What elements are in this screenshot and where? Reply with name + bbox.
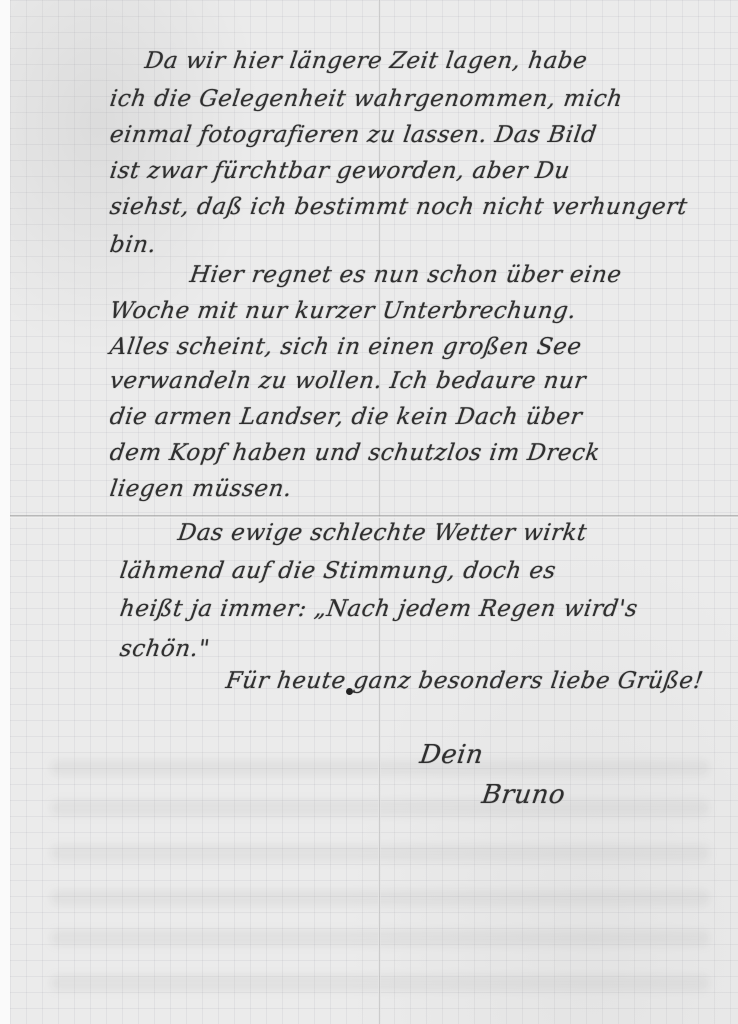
signature: Bruno	[480, 780, 567, 810]
letter-line: ich die Gelegenheit wahrgenommen, mich	[108, 86, 624, 112]
scan-margin	[0, 0, 10, 1024]
letter-line: die armen Landser, die kein Dach über	[108, 404, 584, 430]
letter-line: Da wir hier längere Zeit lagen, habe	[143, 48, 589, 74]
letter-line: Hier regnet es nun schon über eine	[188, 262, 623, 288]
letter-page: Da wir hier längere Zeit lagen, habe ich…	[10, 0, 738, 1024]
letter-line: schön."	[118, 636, 211, 662]
closing: Dein	[418, 740, 486, 770]
letter-line: einmal fotografieren zu lassen. Das Bild	[108, 122, 598, 148]
letter-line: Das ewige schlechte Wetter wirkt	[176, 520, 589, 546]
letter-line: siehst, daß ich bestimmt noch nicht verh…	[108, 194, 689, 220]
letter-line: Alles scheint, sich in einen großen See	[108, 334, 583, 360]
ink-blot	[346, 688, 353, 695]
letter-line: lähmend auf die Stimmung, doch es	[118, 558, 558, 584]
letter-line: Woche mit nur kurzer Unterbrechung.	[108, 298, 578, 324]
letter-line: bin.	[108, 232, 158, 258]
letter-line: dem Kopf haben und schutzlos im Dreck	[108, 440, 602, 466]
letter-line: ist zwar fürchtbar geworden, aber Du	[108, 158, 571, 184]
horizontal-fold-crease	[10, 515, 738, 518]
vertical-fold-crease	[378, 0, 381, 1024]
letter-line: liegen müssen.	[108, 476, 293, 502]
greeting-line: Für heute ganz besonders liebe Grüße!	[224, 668, 705, 694]
letter-line: heißt ja immer: „Nach jedem Regen wird's	[118, 596, 639, 622]
letter-line: verwandeln zu wollen. Ich bedaure nur	[108, 368, 588, 394]
